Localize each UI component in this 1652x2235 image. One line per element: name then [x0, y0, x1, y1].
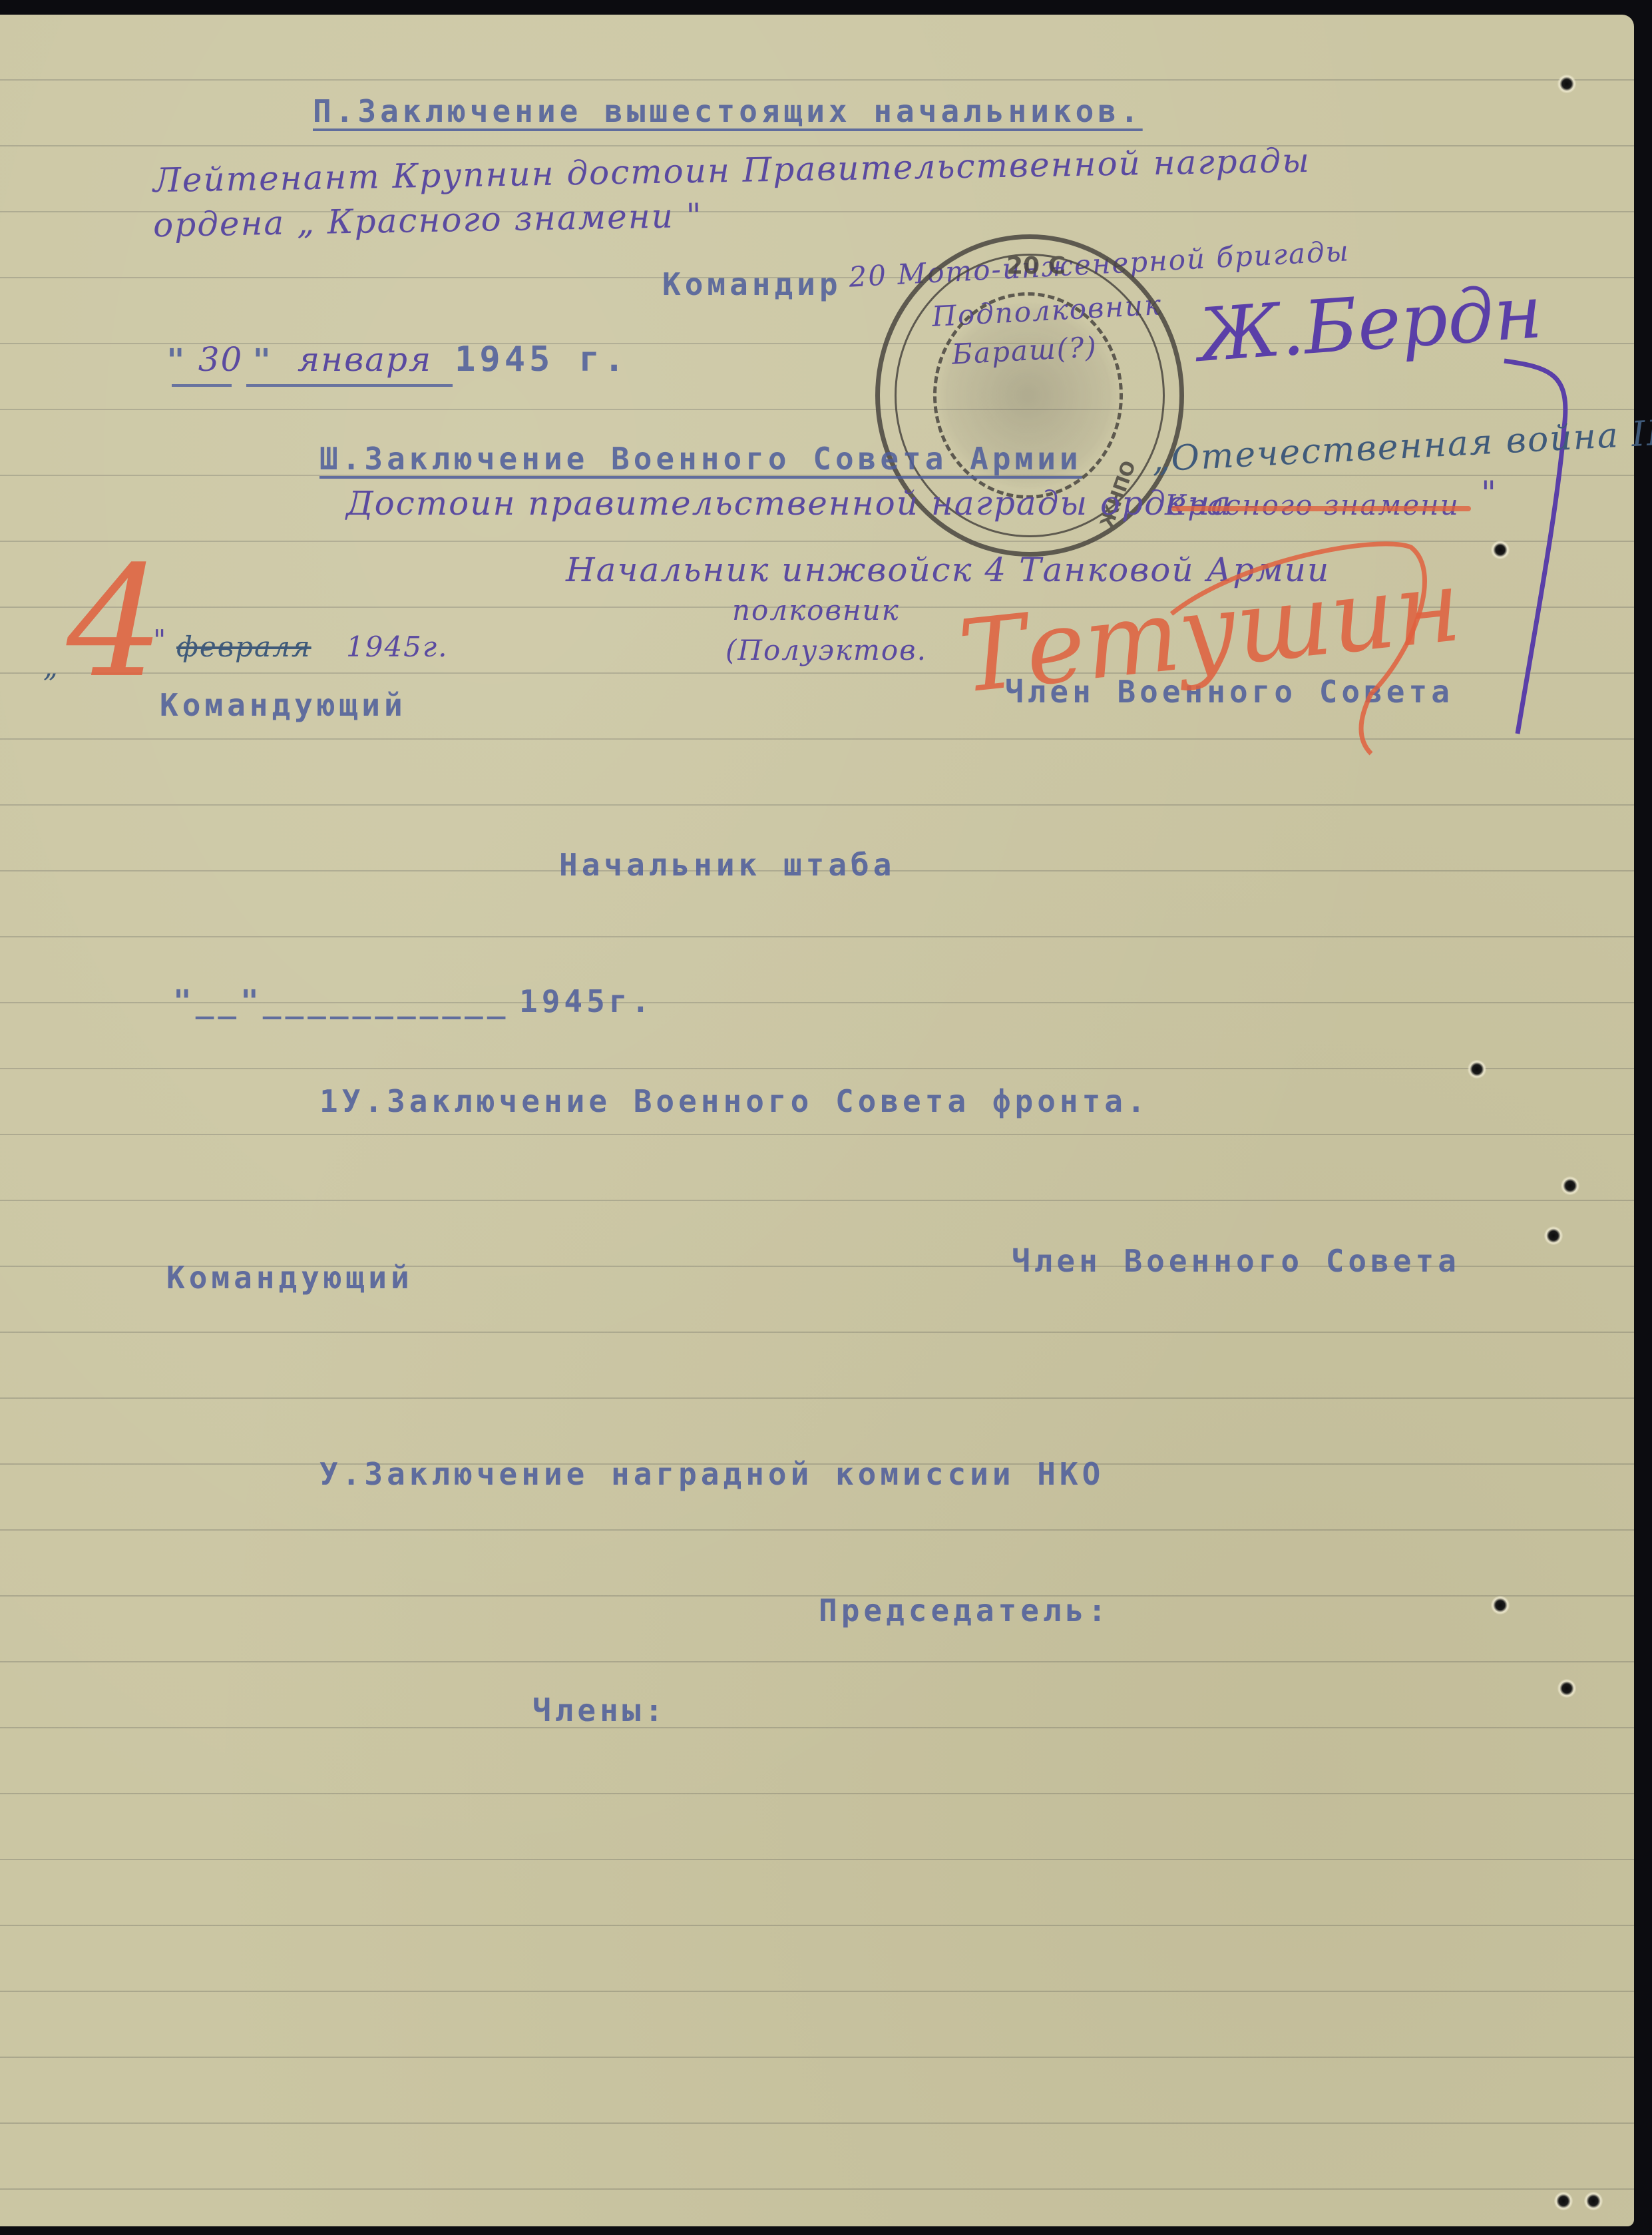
binding-hole: [1554, 2192, 1573, 2210]
section-3-heading: Ш.Заключение Военного Совета Армии: [319, 441, 1082, 477]
section-2-handwritten-line-2: ордена „ Красного знамени ": [153, 196, 704, 244]
binding-hole: [1468, 1060, 1486, 1079]
section-3-date-year: 1945г.: [346, 630, 448, 663]
section-3-conclusion: Достоин правительственной награды ордена: [346, 484, 1232, 523]
binding-hole: [1557, 75, 1576, 93]
binding-hole: [1557, 1679, 1576, 1698]
chief-of-staff-date-blank: "__"___________: [173, 983, 509, 1019]
red-pencil-day: 4: [67, 534, 164, 712]
strike-through-line: [1171, 506, 1471, 511]
section-3-signer-name: (Полуэктов.: [725, 634, 927, 666]
section-3-signer-rank: полковник: [732, 594, 900, 626]
section-5-heading: У.Заключение наградной комиссии НКО: [319, 1456, 1104, 1492]
date-quote-close: ": [252, 342, 275, 378]
section-3-struck-award: Красного знамени: [1165, 489, 1460, 521]
binding-hole: [1491, 1596, 1510, 1614]
date-month-struck: февраля: [176, 630, 311, 663]
section-2-heading: П.Заключение вышестоящих начальников.: [313, 93, 1143, 129]
binding-hole: [1544, 1226, 1563, 1245]
binding-hole: [1561, 1176, 1579, 1195]
red-signature-flourish: [1158, 521, 1438, 760]
section-2-handwritten-line-1: Лейтенант Крупнин достоин Правительствен…: [153, 141, 1311, 200]
date-month-underline: [246, 384, 453, 387]
section-4-heading: 1У.Заключение Военного Совета фронта.: [319, 1083, 1149, 1119]
section-2-date: " 30 " января 1945 г.: [166, 340, 628, 379]
section-3-closing-quote: ": [1481, 474, 1498, 513]
chairman-label: Председатель:: [819, 1593, 1110, 1628]
seal-number: 20 С: [1006, 252, 1066, 280]
date-day-underline: [172, 384, 232, 387]
date-month: января: [298, 340, 432, 379]
date-year: 1945 г.: [455, 340, 628, 379]
date-day: 30: [198, 340, 244, 379]
commander-label: Командир: [662, 266, 842, 302]
signature-tail-stroke: [1498, 334, 1591, 747]
binding-hole: [1491, 541, 1510, 559]
chief-of-staff-label: Начальник штаба: [559, 847, 895, 883]
members-label: Члены:: [532, 1692, 667, 1728]
section-4-commander-label: Командующий: [166, 1260, 413, 1296]
section-3-commander-label: Командующий: [160, 687, 407, 723]
document-page: П.Заключение вышестоящих начальников. Ле…: [0, 15, 1634, 2226]
date-quote: ": [153, 624, 167, 656]
binding-hole: [1584, 2192, 1603, 2210]
section-4-council-member-label: Член Военного Совета: [1012, 1243, 1460, 1279]
date-prefix-quote: „: [43, 650, 59, 683]
date-quote-open: ": [166, 342, 189, 378]
commander-signature: Ж.Бердн: [1195, 269, 1545, 378]
chief-of-staff-date-year: 1945г.: [519, 983, 654, 1019]
